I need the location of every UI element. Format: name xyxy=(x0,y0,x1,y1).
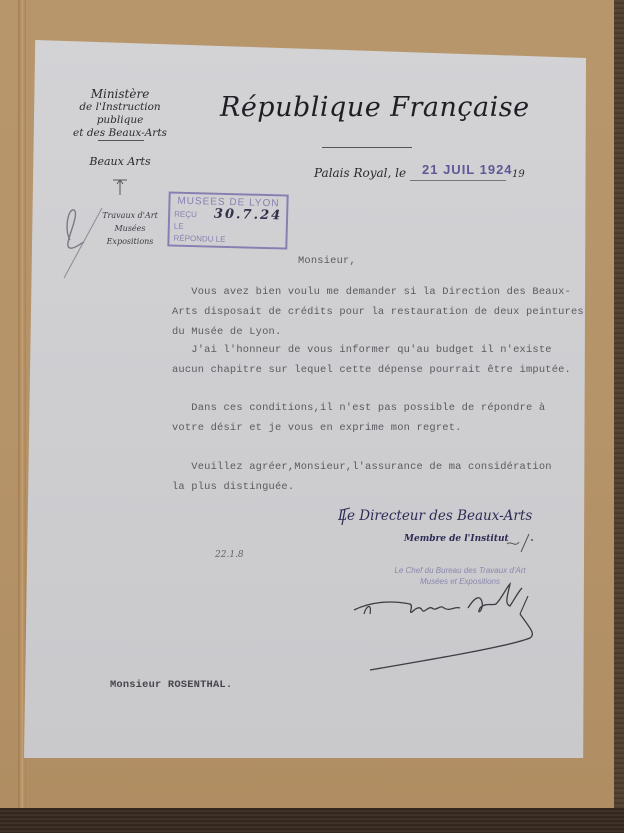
paragraph-4: Veuillez agréer,Monsieur,l'assurance de … xyxy=(172,457,552,497)
pencil-number-note: 22.1.8 xyxy=(215,550,244,560)
text-line: Vous avez bien voulu me demander si la D… xyxy=(172,282,584,302)
pencil-annotation-icon xyxy=(56,200,106,280)
folder-edge xyxy=(18,0,26,812)
paragraph-3: Dans ces conditions,il n'est pas possibl… xyxy=(172,398,545,438)
date-stamp: 21 JUIL 1924 xyxy=(422,162,513,177)
ministry-header: Ministère de l'Instruction publique et d… xyxy=(60,88,180,140)
ministry-line: de l'Instruction publique xyxy=(60,101,180,127)
text-line: Dans ces conditions,il n'est pas possibl… xyxy=(172,398,545,418)
paragraph-2: J'ai l'honneur de vous informer qu'au bu… xyxy=(172,340,571,380)
text-line: Veuillez agréer,Monsieur,l'assurance de … xyxy=(172,457,552,477)
per-procuration-mark-icon xyxy=(505,532,535,554)
stamp-answered-label: RÉPONDU LE xyxy=(173,233,281,248)
wooden-table-bottom xyxy=(0,808,624,833)
received-stamp: MUSEES DE LYON REÇU LE 30.7.24 RÉPONDU L… xyxy=(167,191,288,249)
text-line: la plus distinguée. xyxy=(172,477,552,497)
stamp-received-date: 30.7.24 xyxy=(214,209,283,223)
department-label: Beaux Arts xyxy=(60,155,180,168)
paragraph-1: Vous avez bien voulu me demander si la D… xyxy=(172,282,584,342)
republique-title: République Française xyxy=(220,92,530,123)
text-line: du Musée de Lyon. xyxy=(172,322,584,342)
ministry-line: et des Beaux-Arts xyxy=(60,127,180,140)
date-underline xyxy=(410,180,506,181)
chef-line: Le Chef du Bureau des Travaux d'Art xyxy=(370,565,550,576)
ministry-divider xyxy=(98,140,144,141)
text-line: J'ai l'honneur de vous informer qu'au bu… xyxy=(172,340,571,360)
director-title: Le Directeur des Beaux-Arts xyxy=(338,508,532,524)
member-line: Membre de l'Institut xyxy=(404,534,509,544)
text-line: Arts disposait de crédits pour la restau… xyxy=(172,302,584,322)
ministry-line: Ministère xyxy=(60,88,180,101)
title-divider xyxy=(322,147,412,148)
stamp-received-label: REÇU LE xyxy=(174,209,208,234)
text-line: aucun chapitre sur lequel cette dépense … xyxy=(172,360,571,380)
handwritten-signature-icon xyxy=(350,580,550,675)
text-line: votre désir et je vous en exprime mon re… xyxy=(172,418,545,438)
salutation: Monsieur, xyxy=(298,255,356,267)
addressee: Monsieur ROSENTHAL. xyxy=(110,679,232,691)
place-line: Palais Royal, le xyxy=(314,166,406,180)
year-suffix: 19 xyxy=(512,169,525,180)
arrow-icon xyxy=(113,178,127,196)
